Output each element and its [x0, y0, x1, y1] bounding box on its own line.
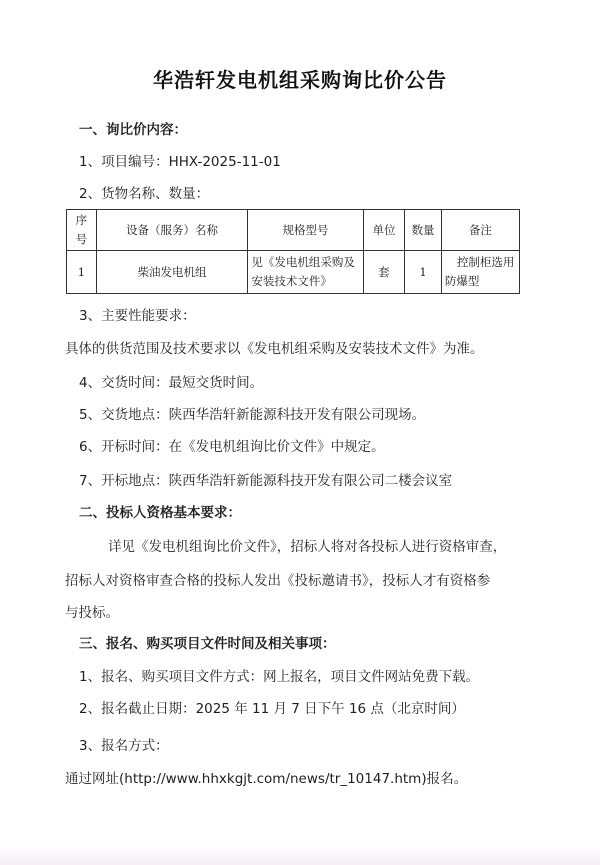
delivery-location: 5、交货地点：陕西华浩轩新能源科技开发有限公司现场。: [79, 403, 425, 423]
cell-unit: 套: [363, 251, 405, 294]
goods-name-quantity-label: 2、货物名称、数量：: [79, 182, 209, 202]
note-line-1: 控制柜选用: [445, 253, 516, 272]
cell-spec: 见《发电机组采购及安装技术文件》: [248, 251, 363, 294]
performance-requirements-label: 3、主要性能要求：: [79, 304, 196, 324]
header-qty: 数量: [405, 210, 442, 251]
goods-table: 序号 设备（服务）名称 规格型号 单位 数量 备注 1 柴油发电机组 见《发电机…: [66, 209, 520, 294]
header-spec: 规格型号: [248, 210, 363, 251]
cell-qty: 1: [405, 251, 442, 294]
table-header-row: 序号 设备（服务）名称 规格型号 单位 数量 备注: [67, 210, 520, 251]
cell-name: 柴油发电机组: [96, 251, 248, 294]
section-3-heading: 三、报名、购买项目文件时间及相关事项：: [79, 632, 336, 652]
delivery-time: 4、交货时间：最短交货时间。: [79, 371, 263, 391]
document-title: 华浩轩发电机组采购询比价公告: [0, 64, 600, 93]
scan-edge-tint: [0, 845, 600, 865]
registration-deadline: 2、报名截止日期：2025 年 11 月 7 日下午 16 点（北京时间）: [79, 697, 465, 717]
qualification-paragraph-line-3: 与投标。: [65, 601, 119, 621]
section-2-heading: 二、投标人资格基本要求：: [79, 501, 241, 521]
section-1-heading: 一、询比价内容：: [79, 118, 187, 138]
table-row: 1 柴油发电机组 见《发电机组采购及安装技术文件》 套 1 控制柜选用 防爆型: [67, 251, 520, 294]
registration-method: 1、报名、购买项目文件方式：网上报名，项目文件网站免费下载。: [79, 665, 479, 685]
header-unit: 单位: [363, 210, 405, 251]
bid-opening-time: 6、开标时间：在《发电机组询比价文件》中规定。: [79, 435, 385, 455]
cell-note: 控制柜选用 防爆型: [441, 251, 519, 294]
note-line-2: 防爆型: [445, 274, 480, 288]
registration-url-line: 通过网址(http://www.hhxkgjt.com/news/tr_1014…: [65, 767, 467, 787]
header-name: 设备（服务）名称: [96, 210, 248, 251]
performance-requirements-detail: 具体的供货范围及技术要求以《发电机组采购及安装技术文件》为准。: [65, 337, 484, 357]
cell-no: 1: [67, 251, 97, 294]
header-note: 备注: [441, 210, 519, 251]
project-number: 1、项目编号：HHX-2025-11-01: [79, 150, 281, 170]
registration-way-label: 3、报名方式：: [79, 734, 169, 754]
header-no: 序号: [67, 210, 97, 251]
qualification-paragraph-line-2: 招标人对资格审查合格的投标人发出《投标邀请书》，投标人才有资格参: [65, 569, 490, 589]
bid-opening-location: 7、开标地点：陕西华浩轩新能源科技开发有限公司二楼会议室: [79, 469, 452, 489]
qualification-paragraph-line-1: 详见《发电机组询比价文件》，招标人将对各投标人进行资格审查，: [108, 535, 506, 555]
